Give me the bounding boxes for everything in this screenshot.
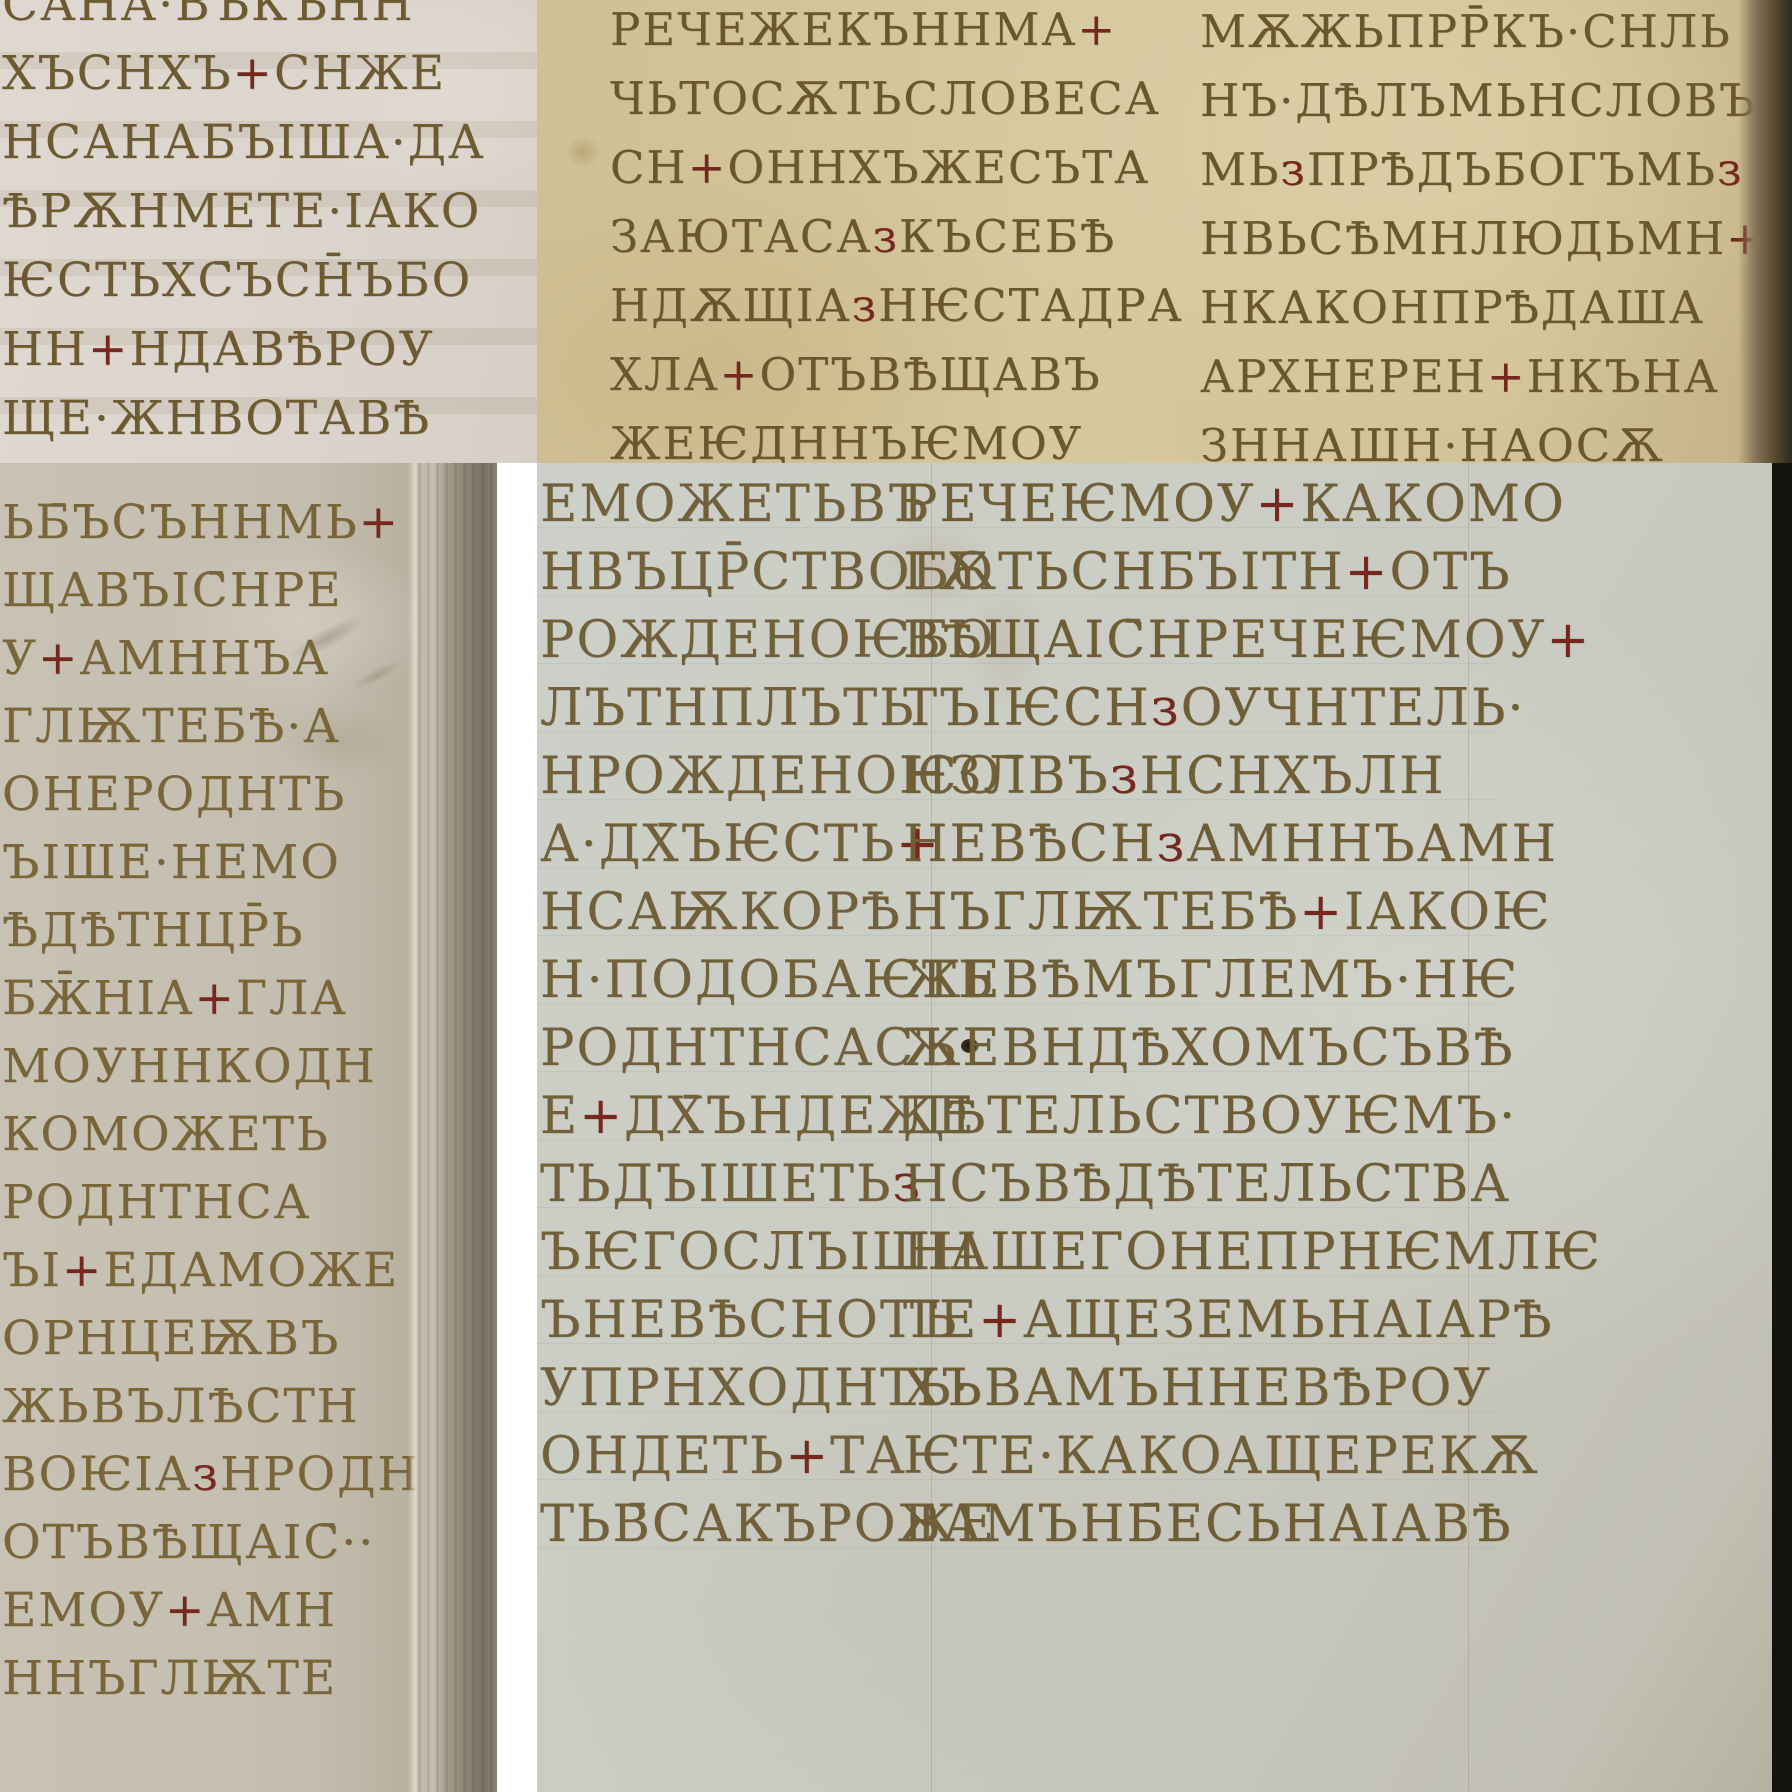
manuscript-line: САНА·ВЪКЪНН — [2, 0, 486, 39]
manuscript-line: ЗАЮТАСАзКЪСЕБѢ — [610, 202, 1184, 271]
manuscript-line: ОНЕРОДНТЬ — [2, 761, 420, 829]
manuscript-line: ВАМЪНБ̄ЕСЬНАІАВѢ — [903, 1491, 1602, 1559]
manuscript-line: ОТЪВѢЩАІС̄·· — [2, 1509, 420, 1577]
manuscript-line: ХЪСНХЪ+СНЖЕ — [2, 39, 486, 108]
manuscript-line: ЪІ+ЕДАМОЖЕ — [2, 1237, 420, 1305]
manuscript-line: ЖЕВНДѢХОМЪСЪВѢ — [903, 1015, 1602, 1083]
manuscript-line: ЩАВЪІС̄НРЕ — [2, 557, 420, 625]
manuscript-line: ЩЕ·ЖНВОТАВѢ — [2, 384, 486, 453]
page-photo-bottom-right: ЕМОЖЕТЬВЪНВЪЦР̄СТВОБОРОЖДЕНОѤБОЛЪТНПЛЪТЬ… — [537, 463, 1792, 1792]
manuscript-line: НАШЕГОНЕПРНѤМЛѤ — [903, 1219, 1602, 1287]
manuscript-line: ЗННАШН·НАОСѪ — [1200, 411, 1766, 463]
text-column-bottom-right: РЕЧЕѤМОУ+КАКОМОГѪТЬСНБЪІТН+ОТЪВѢЩАІС̄НРЕ… — [903, 471, 1602, 1559]
manuscript-line: ЖЕВѢМЪГЛ̄ЕМЪ·НѤ — [903, 947, 1602, 1015]
page-photo-top-left: САНА·ВЪКЪННХЪСНХЪ+СНЖЕНСАНАБЪІША·ДАѢРѪНМ… — [0, 0, 537, 463]
manuscript-line: НЪГЛѬТЕБѢ+ІАКОѤ — [903, 879, 1602, 947]
manuscript-line: НЪ·ДѢЛЪМЬНСЛОВЪ — [1200, 66, 1766, 135]
manuscript-line: ВОѤІАзНРОДН — [2, 1441, 420, 1509]
manuscript-line: РЕЧЕѤМОУ+КАКОМО — [903, 471, 1602, 539]
manuscript-line: НВЬСѢМНЛЮДЬМН+ — [1200, 204, 1766, 273]
manuscript-line: РОДНТНСА — [2, 1169, 420, 1237]
manuscript-line: ЖЬВЪЛѢСТН — [2, 1373, 420, 1441]
manuscript-line: ѤСТЬХС̄ЪСН̄ЪБО — [2, 246, 486, 315]
photo-gap — [497, 463, 537, 1792]
page-photo-top-yellow: РЕЧЕЖЕКЪННМА+ЧЬТОСѪТЬСЛОВЕСАСН+ОННХЪЖЕСЪ… — [537, 0, 1792, 463]
manuscript-line: НЗЛ̄ВЪзНСНХЪЛН — [903, 743, 1602, 811]
manuscript-line: ТЕ+АЩЕЗЕМЬНАІАРѢ — [903, 1287, 1602, 1355]
black-backdrop-strip — [1772, 463, 1792, 1792]
manuscript-line: ЪІШЕ·НЕМО — [2, 829, 420, 897]
book-gutter — [418, 463, 497, 1792]
manuscript-line: НЕВѢСНзАМННЪАМН — [903, 811, 1602, 879]
manuscript-line: НКАКОНПРѢДАША — [1200, 273, 1766, 342]
manuscript-line: ЧЬТОСѪТЬСЛОВЕСА — [610, 64, 1184, 133]
manuscript-line: БЖ̄НІА+ГЛА — [2, 965, 420, 1033]
manuscript-line: ДѢТЕЛЬСТВОУѤМЪ· — [903, 1083, 1602, 1151]
manuscript-line: ѢДѢТНЦР̄Ь — [2, 897, 420, 965]
manuscript-composite: САНА·ВЪКЪННХЪСНХЪ+СНЖЕНСАНАБЪІША·ДАѢРѪНМ… — [0, 0, 1792, 1792]
text-column-top-right: МѪЖЬПРР̄КЪ·СНЛЬНЪ·ДѢЛЪМЬНСЛОВЪМЬзПРѢДЪБО… — [1200, 0, 1766, 463]
manuscript-line: ТЪІѤСНзОУЧНТЕЛЬ· — [903, 675, 1602, 743]
manuscript-line: ЖЕѤДННЪѤМОУ — [610, 409, 1184, 463]
manuscript-line: ГЛѬТЕБѢ·А — [2, 693, 420, 761]
manuscript-line: НН+НДАВѢРОУ — [2, 315, 486, 384]
text-column-bottom-left: ЬБ̄ЪСЪННМЬ+ЩАВЪІС̄НРЕУ+АМННЪАГЛѬТЕБѢ·АОН… — [2, 489, 420, 1713]
manuscript-line: ОРНЦЕѬВЪ — [2, 1305, 420, 1373]
text-column-top-left: САНА·ВЪКЪННХЪСНХЪ+СНЖЕНСАНАБЪІША·ДАѢРѪНМ… — [2, 0, 486, 453]
manuscript-line: МОУННКОДН — [2, 1033, 420, 1101]
manuscript-line: ХЪВАМЪННЕВѢРОУ — [903, 1355, 1602, 1423]
manuscript-line: НДѪЩІАзНѤСТАДРА — [610, 271, 1184, 340]
manuscript-line: ѢРѪНМЕТЕ·ІАКО — [2, 177, 486, 246]
manuscript-line: ЬБ̄ЪСЪННМЬ+ — [2, 489, 420, 557]
manuscript-line: СН+ОННХЪЖЕСЪТА — [610, 133, 1184, 202]
manuscript-line: РЕЧЕЖЕКЪННМА+ — [610, 0, 1184, 64]
manuscript-line: ННЪГЛѬТЕ — [2, 1645, 420, 1713]
manuscript-line: КОМОЖЕТЬ — [2, 1101, 420, 1169]
manuscript-line: У+АМННЪА — [2, 625, 420, 693]
manuscript-line: МЬзПРѢДЪБОГЪМЬз — [1200, 135, 1766, 204]
manuscript-line: ВѢЩАІС̄НРЕЧЕѤМОУ+ — [903, 607, 1602, 675]
manuscript-line: ѤТЕ·КАКОАЩЕРЕКѪ — [903, 1423, 1602, 1491]
page-edge-shadow — [1738, 0, 1792, 463]
manuscript-line: АРХНЕРЕН+НКЪНА — [1200, 342, 1766, 411]
text-column-top-middle: РЕЧЕЖЕКЪННМА+ЧЬТОСѪТЬСЛОВЕСАСН+ОННХЪЖЕСЪ… — [610, 0, 1184, 463]
manuscript-line: ХЛА+ОТЪВѢЩАВЪ — [610, 340, 1184, 409]
manuscript-line: НСАНАБЪІША·ДА — [2, 108, 486, 177]
manuscript-line: МѪЖЬПРР̄КЪ·СНЛЬ — [1200, 0, 1766, 66]
page-photo-bottom-left: ЬБ̄ЪСЪННМЬ+ЩАВЪІС̄НРЕУ+АМННЪАГЛѬТЕБѢ·АОН… — [0, 463, 497, 1792]
manuscript-line: НСЪВѢДѢТЕЛЬСТВА — [903, 1151, 1602, 1219]
manuscript-line: ГѪТЬСНБЪІТН+ОТЪ — [903, 539, 1602, 607]
manuscript-line: ЕМОУ+АМН — [2, 1577, 420, 1645]
